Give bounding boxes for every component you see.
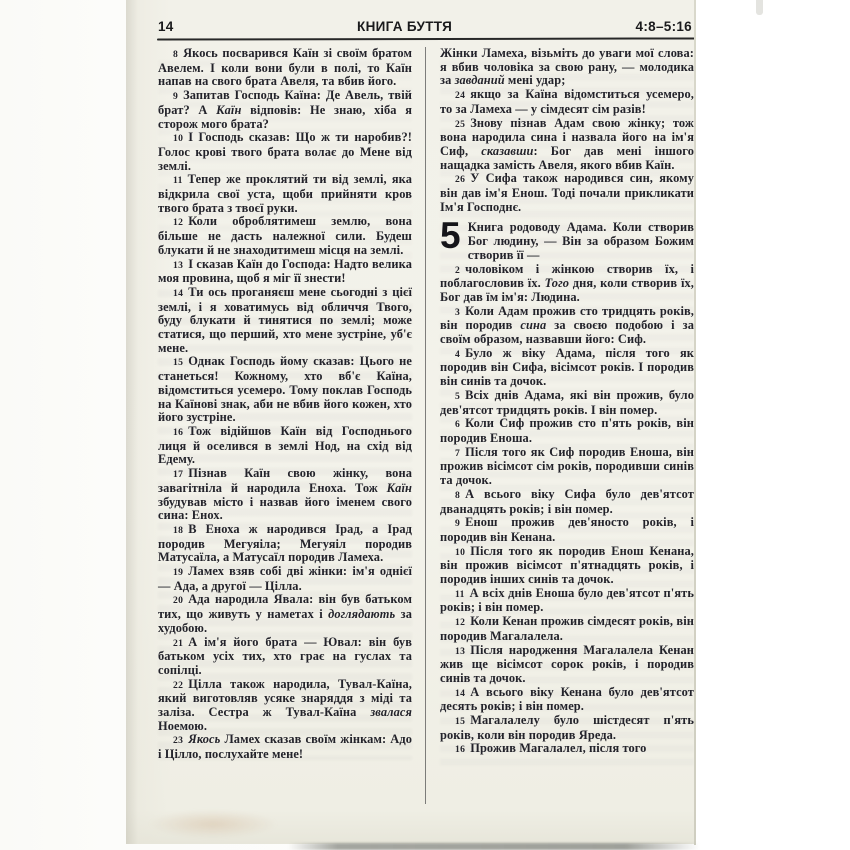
verse-number: 18 [173, 525, 188, 536]
page-number: 14 [158, 19, 174, 34]
verse-paragraph: 24якщо за Каїна відомститься усемеро, то… [440, 88, 694, 116]
verse-number: 4 [455, 349, 465, 360]
verse-paragraph: 9Запитав Господь Каїна: Де Авель, твій б… [158, 89, 412, 131]
left-column: 8Якось посварився Каїн зі своїм братом А… [158, 47, 412, 762]
verse-paragraph: 10Після того як породив Енош Кенана, він… [440, 545, 694, 587]
verse-paragraph: 17Пізнав Каїн свою жінку, вона завагітні… [158, 467, 412, 523]
continuation-paragraph: Жінки Ламеха, візьміть до уваги мої слов… [440, 47, 694, 88]
verse-number: 15 [173, 357, 188, 368]
verse-paragraph: 7Після того як Сиф породив Еноша, він пр… [440, 446, 694, 488]
verse-paragraph: 9Енош прожив дев'яносто років, і породив… [440, 516, 694, 544]
chapter-number: 5 [440, 223, 461, 249]
verse-paragraph: 20Ада народила Явала: він був батьком ти… [158, 593, 412, 635]
header-rule [157, 37, 694, 40]
verse-number: 26 [455, 174, 470, 185]
verse-paragraph: 6Коли Сиф прожив сто п'ять років, він по… [440, 417, 694, 445]
page-right-edge [694, 0, 696, 845]
verse-number: 25 [455, 119, 470, 130]
page-header: 14 КНИГА БУТТЯ 4:8–5:16 [158, 19, 692, 34]
verse-number: 9 [173, 91, 183, 102]
verse-paragraph: 21А ім'я його брата — Ювал: він був бать… [158, 636, 412, 678]
verse-paragraph: 4Було ж віку Адама, після того як породи… [440, 347, 694, 389]
verse-number: 2 [455, 265, 465, 276]
corner-mark [756, 0, 763, 15]
verse-number: 12 [173, 217, 188, 228]
verse-paragraph: 8А всього віку Сифа було дев'ятсот двана… [440, 488, 694, 516]
verse-paragraph: 16Тож відійшов Каїн від Господнього лиця… [158, 425, 412, 467]
verse-number: 10 [173, 133, 188, 144]
verse-number: 9 [455, 518, 465, 529]
verse-number: 16 [455, 744, 470, 755]
book-title: КНИГА БУТТЯ [357, 19, 452, 34]
verse-paragraph: 23Якось Ламех сказав своїм жінкам: Адо і… [158, 733, 412, 761]
verse-paragraph: 13І сказав Каїн до Господа: Надто велика… [158, 258, 412, 286]
column-divider [425, 47, 426, 804]
book-photo: 14 КНИГА БУТТЯ 4:8–5:16 8Якось посваривс… [0, 0, 850, 850]
verse-paragraph: 10І Господь сказав: Що ж ти наробив?! Го… [158, 131, 412, 173]
verse-paragraph: 14Ти ось проганяєш мене сьогодні з цієї … [158, 286, 412, 356]
verse-number: 10 [455, 547, 470, 558]
verse-paragraph: 12Коли оброблятимеш землю, вона більше н… [158, 215, 412, 257]
verse-number: 16 [173, 427, 188, 438]
verse-paragraph: 8Якось посварився Каїн зі своїм братом А… [158, 47, 412, 89]
verse-paragraph: 11А всіх днів Еноша було дев'ятсот п'ять… [440, 587, 694, 615]
verse-paragraph: 25Знову пізнав Адам свою жінку; тож вона… [440, 117, 694, 173]
verse-paragraph: 11Тепер же проклятий ти від землі, яка в… [158, 173, 412, 215]
verse-number: 20 [173, 595, 188, 606]
verse-paragraph: 12Коли Кенан прожив сімдесят років, він … [440, 615, 694, 643]
verse-number: 23 [173, 735, 188, 746]
verse-paragraph: 14А всього віку Кенана було дев'ятсот де… [440, 686, 694, 714]
verse-number: 13 [173, 260, 188, 271]
verse-paragraph: 15Магалалелу було шістдесят п'ять років,… [440, 714, 694, 742]
verse-paragraph: 3Коли Адам прожив сто тридцять років, ві… [440, 305, 694, 347]
verse-range: 4:8–5:16 [636, 19, 692, 34]
verse-number: 14 [455, 688, 470, 699]
bible-page: 14 КНИГА БУТТЯ 4:8–5:16 8Якось посваривс… [126, 0, 694, 844]
chapter-start-paragraph: 5Книга родоводу Адама. Коли створив Бог … [440, 221, 694, 262]
verse-number: 19 [173, 567, 188, 578]
verse-paragraph: 18В Еноха ж народився Ірад, а Ірад пород… [158, 523, 412, 565]
right-column: Жінки Ламеха, візьміть до уваги мої слов… [440, 47, 694, 762]
verse-paragraph: 13Після народження Магалалела Кенан жив … [440, 644, 694, 686]
verse-paragraph: 15Однак Господь йому сказав: Цього не ст… [158, 355, 412, 425]
verse-number: 8 [173, 49, 183, 60]
verse-number: 13 [455, 646, 470, 657]
verse-number: 17 [173, 469, 188, 480]
page-smudge [148, 810, 278, 838]
verse-number: 15 [455, 716, 470, 727]
verse-number: 3 [455, 307, 465, 318]
verse-number: 8 [455, 490, 465, 501]
verse-number: 14 [173, 288, 188, 299]
verse-number: 11 [455, 589, 470, 600]
page-bottom-shadow [288, 843, 700, 850]
verse-number: 21 [173, 638, 188, 649]
verse-paragraph: 26У Сифа також народився син, якому він … [440, 172, 694, 214]
verse-number: 12 [455, 617, 470, 628]
verse-paragraph: 2чоловіком і жінкою створив їх, і поблаг… [440, 263, 694, 305]
verse-paragraph: 16Прожив Магалалел, після того [440, 742, 694, 757]
verse-number: 7 [455, 448, 465, 459]
verse-paragraph: 5Всіх днів Адама, які він прожив, було д… [440, 389, 694, 417]
verse-number: 6 [455, 419, 465, 430]
text-columns: 8Якось посварився Каїн зі своїм братом А… [158, 47, 694, 762]
verse-number: 24 [455, 90, 470, 101]
verse-number: 5 [455, 391, 465, 402]
verse-paragraph: 19Ламех взяв собі дві жінки: ім'я однієї… [158, 565, 412, 593]
verse-number: 11 [173, 175, 188, 186]
verse-paragraph: 22Цілла також народила, Тувал-Каїна, яки… [158, 678, 412, 734]
verse-number: 22 [173, 680, 188, 691]
